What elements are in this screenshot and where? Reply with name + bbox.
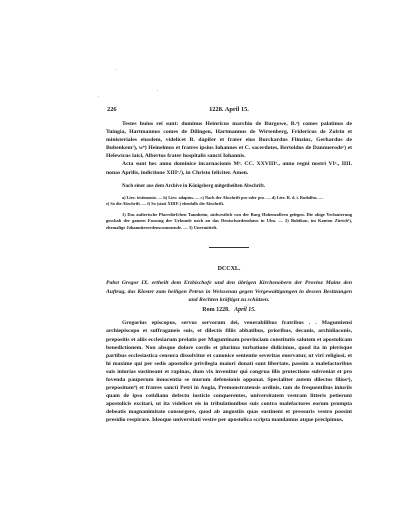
running-title: 1228. April 15. xyxy=(106,106,352,113)
page-header: 226 1228. April 15. xyxy=(106,106,352,115)
document-body-paragraph: Gregorius episcopus, servus servorum dei… xyxy=(106,319,352,424)
document-number: DCCXL. xyxy=(106,266,352,272)
book-page: 226 1228. April 15. Testes huius rei sun… xyxy=(106,106,352,425)
document-regest: Pabst Gregor IX. ertheilt dem Erzbischof… xyxy=(106,279,352,304)
section-divider xyxy=(209,247,249,248)
witness-list-paragraph: Testes huius rei sunt: dominus Heinricus… xyxy=(106,120,352,160)
explanatory-note: 1) Das aufierische Pfarrdörfchen Tannhei… xyxy=(106,212,352,232)
source-note: Nach einer aus dem Archive in Königsberg… xyxy=(106,183,352,190)
previous-document-text: Testes huius rei sunt: dominus Heinricus… xyxy=(106,120,352,177)
dateline-place: Rom 1228. xyxy=(202,307,229,313)
scan-speck xyxy=(115,69,116,70)
scan-speck xyxy=(98,96,99,97)
dating-paragraph: Acta sunt hec anno dominice incarnacioni… xyxy=(106,160,352,176)
critical-apparatus: a) Lies: testimonio. — b) Lies: adaptus.… xyxy=(106,195,352,207)
document-text: Gregorius episcopus, servus servorum dei… xyxy=(106,319,352,424)
dateline-date: April 15. xyxy=(234,307,256,313)
critical-note-line: e) So die Abschrift. — f) So (statt XIII… xyxy=(106,201,352,207)
dateline: Rom 1228. April 15. xyxy=(106,307,352,313)
critical-note-line: a) Lies: testimonio. — b) Lies: adaptus.… xyxy=(106,195,352,201)
explanatory-notes: 1) Das aufierische Pfarrdörfchen Tannhei… xyxy=(106,212,352,232)
scan-speck xyxy=(157,90,158,91)
